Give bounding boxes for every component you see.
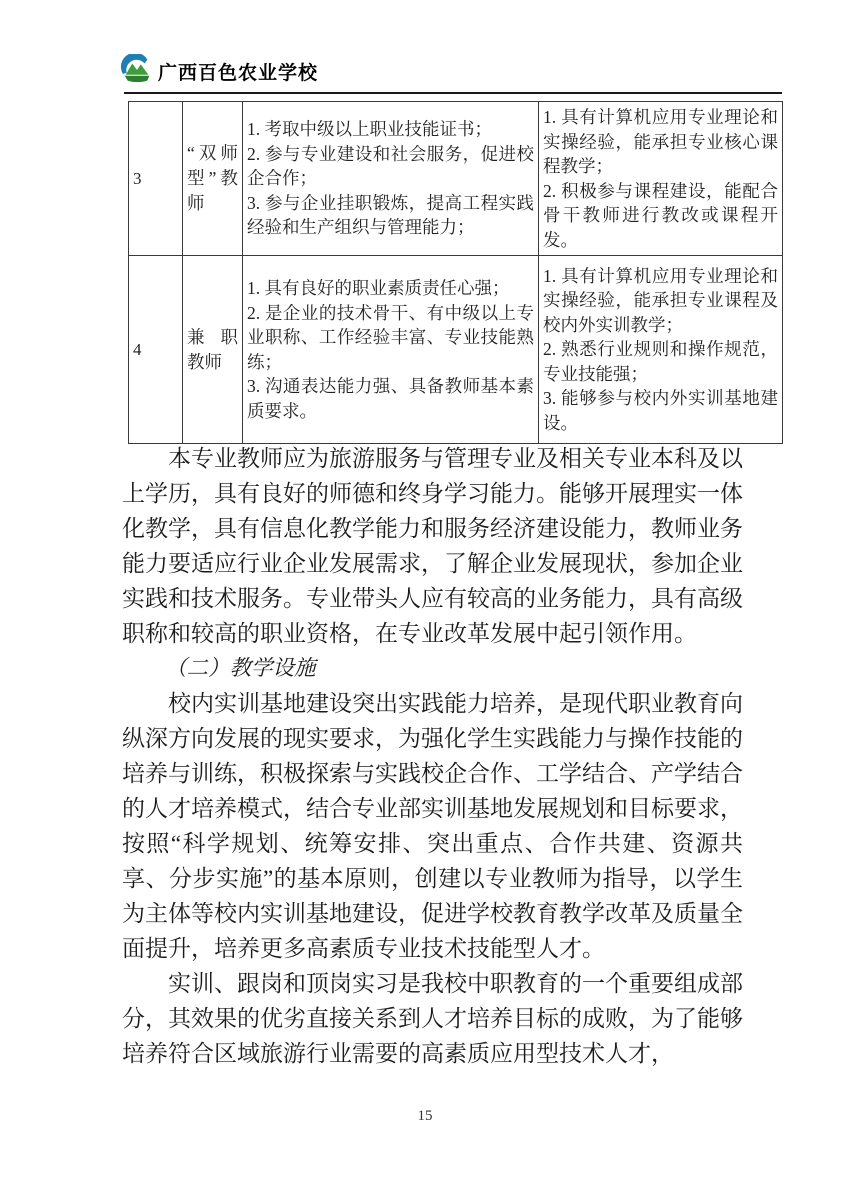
paragraph: 实训、跟岗和顶岗实习是我校中职教育的一个重要组成部分，其效果的优劣直接关系到人才…: [122, 966, 743, 1071]
section-heading: （二）教学设施: [122, 651, 743, 686]
document-page: { "header": { "school_name": "广西百色农业学校",…: [0, 0, 850, 1202]
quality-item: 2. 熟悉行业规则和操作规范，专业技能强；: [543, 337, 778, 386]
criteria-cell: 1. 具有良好的职业素质责任心强； 2. 是企业的技术骨干、有中级以上专业职称、…: [243, 256, 539, 444]
header-divider: [124, 92, 782, 94]
quality-item: 1. 具有计算机应用专业理论和实操经验，能承担专业核心课程教学；: [543, 105, 778, 179]
quality-item: 1. 具有计算机应用专业理论和实操经验，能承担专业课程及校内外实训教学；: [543, 264, 778, 338]
quality-cell: 1. 具有计算机应用专业理论和实操经验，能承担专业课程及校内外实训教学； 2. …: [539, 256, 783, 444]
table-row: 4 兼职教师 1. 具有良好的职业素质责任心强； 2. 是企业的技术骨干、有中级…: [129, 256, 783, 444]
quality-item: 3. 能够参与校内外实训基地建设。: [543, 386, 778, 435]
quality-cell: 1. 具有计算机应用专业理论和实操经验，能承担专业核心课程教学； 2. 积极参与…: [539, 102, 783, 256]
teacher-type-cell: “双师型”教师: [183, 102, 243, 256]
table-row: 3 “双师型”教师 1. 考取中级以上职业技能证书； 2. 参与专业建设和社会服…: [129, 102, 783, 256]
criteria-item: 1. 具有良好的职业素质责任心强；: [247, 276, 534, 301]
criteria-item: 3. 沟通表达能力强、具备教师基本素质要求。: [247, 374, 534, 423]
paragraph: 校内实训基地建设突出实践能力培养，是现代职业教育向纵深方向发展的现实要求，为强化…: [122, 686, 743, 966]
teacher-type-cell: 兼职教师: [183, 256, 243, 444]
criteria-cell: 1. 考取中级以上职业技能证书； 2. 参与专业建设和社会服务，促进校企合作； …: [243, 102, 539, 256]
page-number: 15: [0, 1108, 850, 1125]
criteria-item: 3. 参与企业挂职锻炼，提高工程实践经验和生产组织与管理能力；: [247, 191, 534, 240]
row-number-cell: 4: [129, 256, 183, 444]
school-logo-icon: [120, 54, 154, 88]
page-header: 广西百色农业学校: [120, 54, 782, 88]
paragraph: 本专业教师应为旅游服务与管理专业及相关专业本科及以上学历，具有良好的师德和终身学…: [122, 441, 743, 651]
teacher-requirements-table: 3 “双师型”教师 1. 考取中级以上职业技能证书； 2. 参与专业建设和社会服…: [128, 101, 783, 444]
school-name: 广西百色农业学校: [158, 58, 318, 85]
body-text: 本专业教师应为旅游服务与管理专业及相关专业本科及以上学历，具有良好的师德和终身学…: [122, 441, 743, 1071]
row-number-cell: 3: [129, 102, 183, 256]
criteria-item: 2. 参与专业建设和社会服务，促进校企合作；: [247, 142, 534, 191]
criteria-item: 1. 考取中级以上职业技能证书；: [247, 117, 534, 142]
criteria-item: 2. 是企业的技术骨干、有中级以上专业职称、工作经验丰富、专业技能熟练；: [247, 301, 534, 375]
quality-item: 2. 积极参与课程建设，能配合骨干教师进行教改或课程开发。: [543, 179, 778, 253]
